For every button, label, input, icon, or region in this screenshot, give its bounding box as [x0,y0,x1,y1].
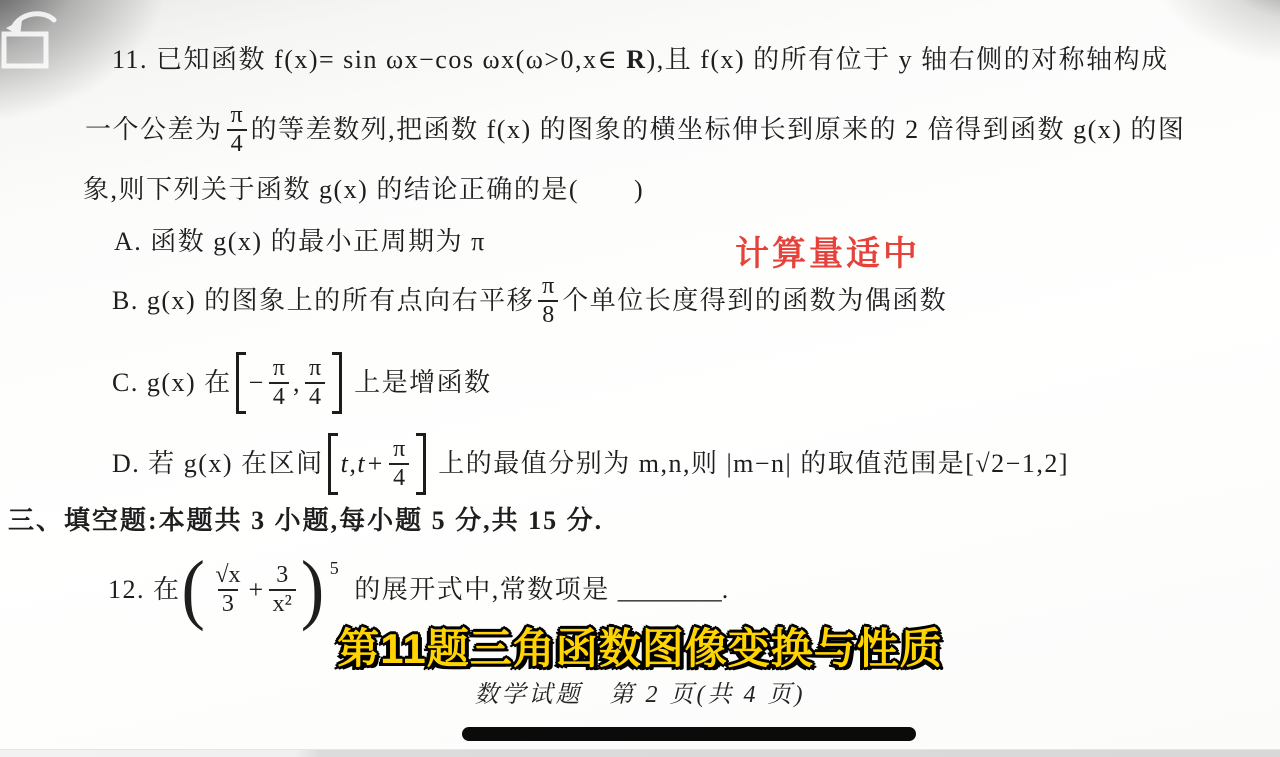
fraction-numerator: π [305,355,325,382]
text-segment: 的展开式中,常数项是 [346,572,618,608]
answer-blank: ________ [618,572,722,608]
text-segment: 的等差数列,把函数 f(x) 的图象的横坐标伸长到原来的 2 倍得到函数 g(x… [251,112,1186,148]
fraction-denominator: x² [269,589,296,618]
option-c: C. g(x) 在 − π 4 , π 4 上是增函数 [112,350,492,416]
left-bracket [236,352,246,414]
fraction-denominator: 4 [227,129,247,158]
fraction-numerator: π [269,355,289,382]
fraction-sqrtx-over-3: √x 3 [211,562,244,618]
text-segment: ),且 f(x) 的所有位于 y 轴右侧的对称轴构成 [647,42,1169,78]
option-a: A. 函数 g(x) 的最小正周期为 π [114,224,486,260]
right-bracket [416,433,426,495]
fraction-denominator: 8 [538,300,558,329]
option-b: B. g(x) 的图象上的所有点向右平移 π 8 个单位长度得到的函数为偶函数 [112,268,947,334]
text-segment: 象,则下列关于函数 g(x) 的结论正确的是( ) [83,172,644,208]
text-segment: t,t+ [341,446,386,482]
exponent: 5 [330,550,341,586]
rotate-icon [0,6,76,76]
page-footer: 数学试题 第 2 页(共 4 页) [0,674,1280,709]
text-segment: C. g(x) 在 [112,365,232,401]
fraction-numerator: π [389,436,409,463]
right-bracket [332,352,342,414]
video-caption: 第11题三角函数图像变换与性质 [0,616,1280,676]
fraction-pi-over-4: π 4 [227,102,247,158]
left-bracket [328,433,338,495]
fraction-denominator: 4 [305,382,325,411]
text-segment: 12. 在 [108,572,181,608]
option-d: D. 若 g(x) 在区间 t,t+ π 4 上的最值分别为 m,n,则 |m−… [112,431,1069,497]
text-segment: − [249,365,265,401]
text-segment: 三、填空题:本题共 3 小题,每小题 5 分,共 15 分. [8,503,603,539]
fraction-denominator: 4 [389,463,409,492]
text-segment: R [626,42,646,78]
text-segment: 个单位长度得到的函数为偶函数 [562,283,947,319]
text-segment: . [722,572,730,608]
text-segment: 11. 已知函数 f(x)= sin ωx−cos ωx(ω>0,x∈ [112,42,626,78]
fraction-pi-over-4: π 4 [389,436,409,492]
text-segment: + [249,572,265,608]
text-segment: 上的最值分别为 m,n,则 |m−n| 的取值范围是[√2−1,2] [430,446,1069,482]
fraction-numerator: π [538,273,558,300]
fraction-pi-over-4: π 4 [305,355,325,411]
rotate-screen-button[interactable] [0,6,76,76]
fraction-numerator: π [227,102,247,129]
fraction-denominator: 3 [218,589,238,618]
text-segment: D. 若 g(x) 在区间 [112,446,324,482]
video-frame: 11. 已知函数 f(x)= sin ωx−cos ωx(ω>0,x∈ R ),… [0,0,1280,757]
text-segment: A. 函数 g(x) 的最小正周期为 π [114,224,486,260]
text-segment: 上是增函数 [346,365,492,401]
question11-line3: 象,则下列关于函数 g(x) 的结论正确的是( ) [83,172,644,208]
question11-line2: 一个公差为 π 4 的等差数列,把函数 f(x) 的图象的横坐标伸长到原来的 2… [85,97,1185,163]
progress-bar[interactable] [462,727,916,741]
question11-line1: 11. 已知函数 f(x)= sin ωx−cos ωx(ω>0,x∈ R ),… [112,42,1169,78]
fraction-3-over-x2: 3 x² [269,562,296,618]
bottom-edge [0,749,1280,757]
section3-heading: 三、填空题:本题共 3 小题,每小题 5 分,共 15 分. [8,503,603,539]
fraction-pi-over-4: π 4 [269,355,289,411]
fraction-pi-over-8: π 8 [538,273,558,329]
fraction-numerator: √x [211,562,244,589]
text-segment: , [293,365,301,401]
text-segment: B. g(x) 的图象上的所有点向右平移 [112,283,534,319]
fraction-numerator: 3 [272,562,292,589]
fraction-denominator: 4 [269,382,289,411]
text-segment: 一个公差为 [85,112,223,148]
